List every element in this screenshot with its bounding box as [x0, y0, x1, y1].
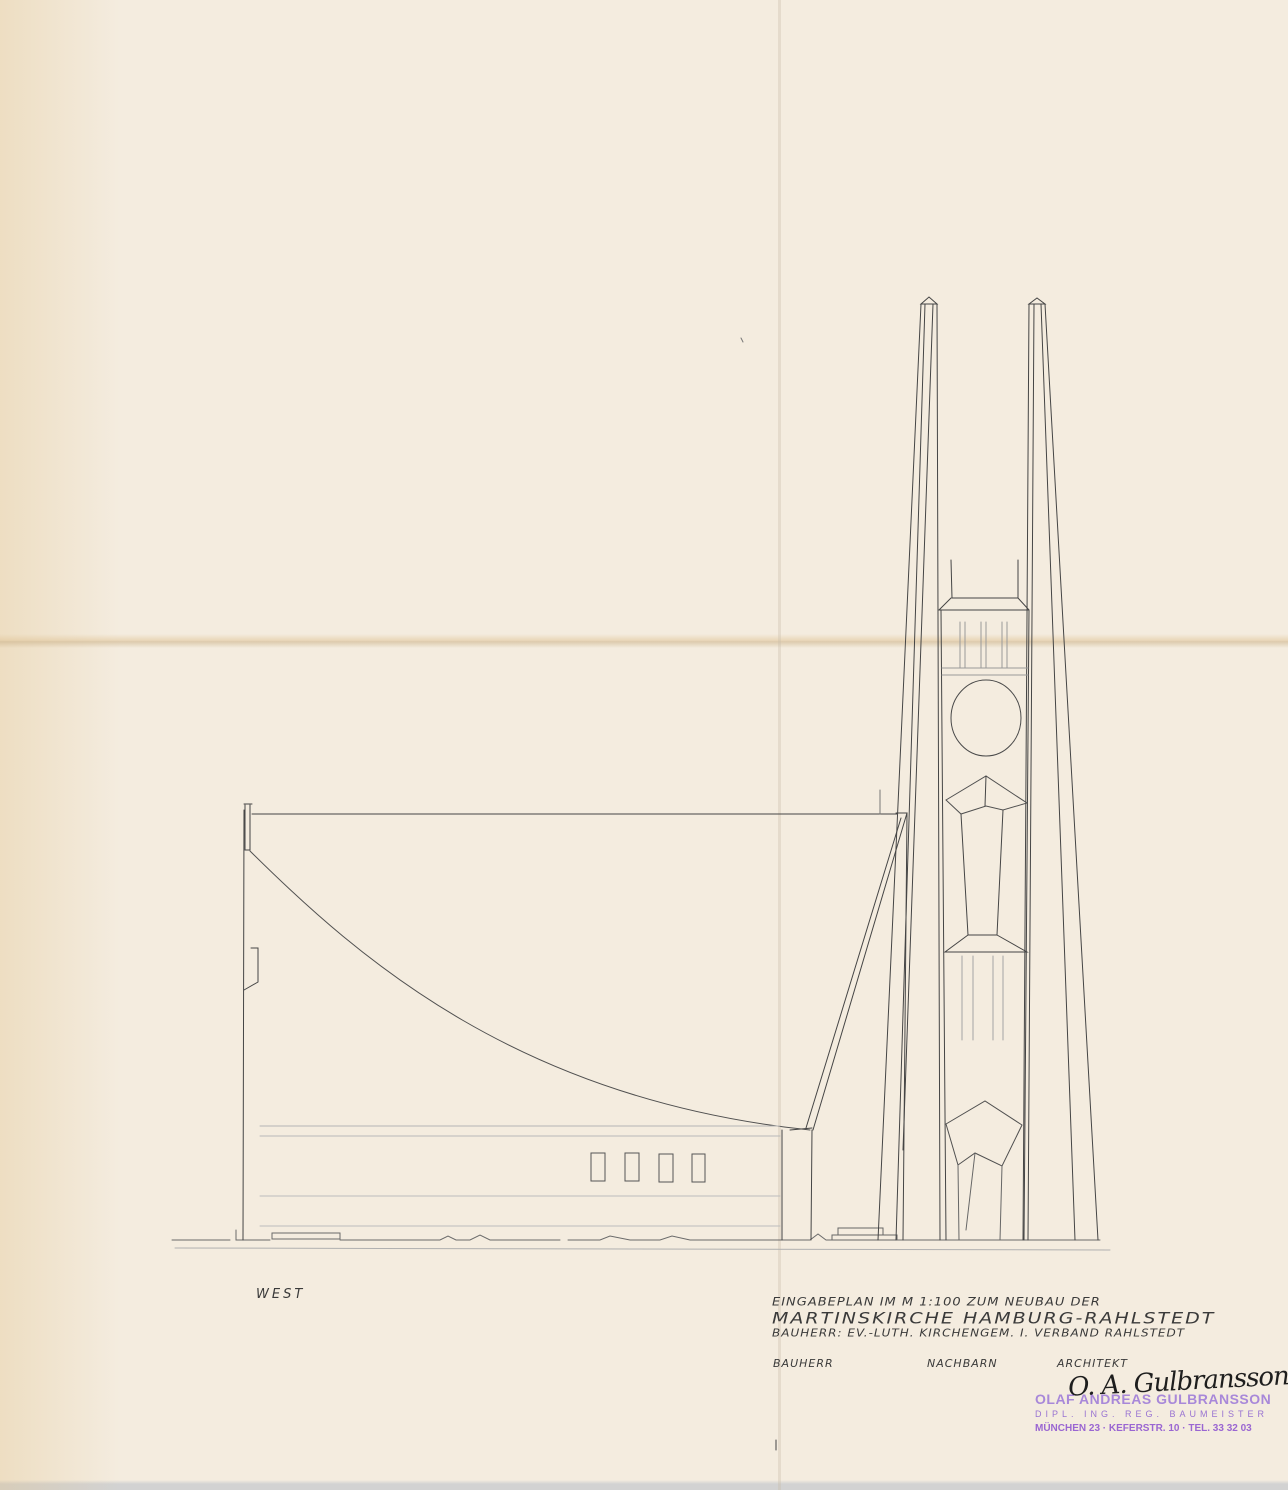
slanted-wall	[806, 813, 907, 1240]
title-line-3: BAUHERR: EV.-LUTH. KIRCHENGEM. I. VERBAN…	[772, 1327, 1185, 1340]
tower	[939, 560, 1029, 1240]
title-line-2: MARTINSKIRCHE HAMBURG-RAHLSTEDT	[772, 1309, 1215, 1328]
rose-window	[951, 680, 1021, 756]
signature-label-architekt: ARCHITEKT	[1057, 1357, 1128, 1370]
stamp-line-3: MÜNCHEN 23 · KEFERSTR. 10 · TEL. 33 32 0…	[1035, 1424, 1271, 1434]
nave-west-wall	[243, 804, 258, 1240]
left-spire	[878, 297, 940, 1240]
ground-line	[172, 1230, 1110, 1250]
right-spire	[1023, 298, 1098, 1240]
signature-label-bauherr: BAUHERR	[773, 1357, 834, 1370]
view-label-west: WEST	[256, 1287, 305, 1302]
stamp-line-2: DIPL. ING. REG. BAUMEISTER	[1035, 1410, 1271, 1419]
signature-label-nachbarn: NACHBARN	[927, 1357, 998, 1370]
title-line-1: EINGABEPLAN IM M 1:100 ZUM NEUBAU DER	[772, 1296, 1101, 1310]
drawing-sheet: WEST EINGABEPLAN IM M 1:100 ZUM NEUBAU D…	[0, 0, 1288, 1490]
church-elevation	[0, 0, 1288, 1490]
low-wing	[260, 1126, 897, 1240]
curved-roof	[250, 851, 810, 1130]
